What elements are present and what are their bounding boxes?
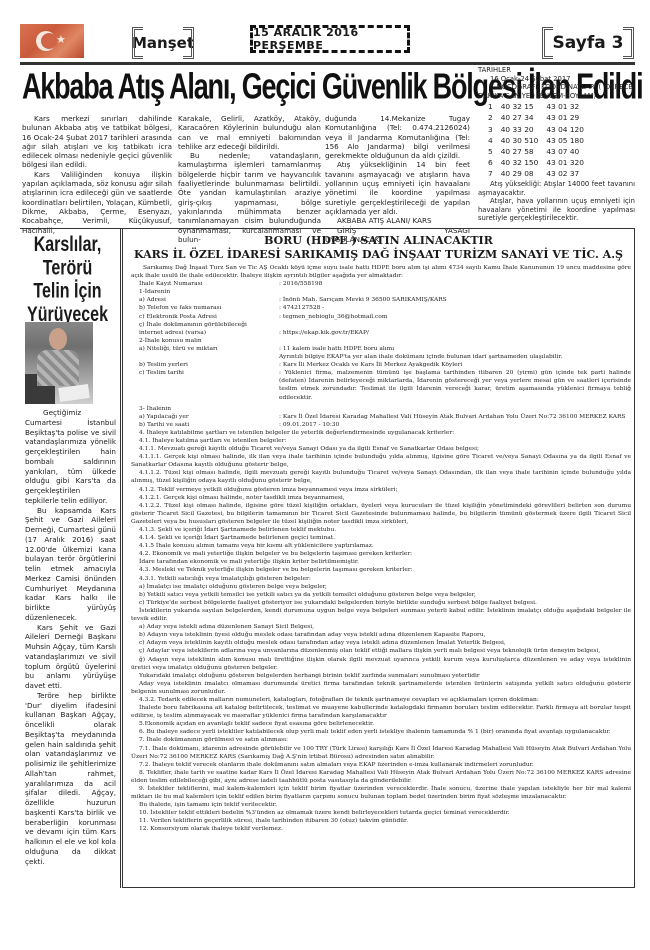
field-row: b) Tarihi ve saati: 09.01.2017 - 10:30 (131, 421, 631, 429)
field-row: 1-İdarenin (131, 288, 631, 296)
clause: b) Adayın veya isteklinin üyesi olduğu m… (131, 631, 631, 639)
field-value (279, 321, 631, 329)
table-row: 640 32 15043 01 320 (488, 158, 590, 167)
clause: İsteklilerin yukarıda sayılan belgelerde… (131, 607, 631, 623)
clause: 4.1.2.1. Gerçek kişi olması halinde, not… (131, 494, 631, 502)
cell: 43 05 180 (546, 136, 590, 145)
cell: 5 (488, 147, 499, 156)
field-row: c) Elektronik Posta Adresi: tegmen_nebio… (131, 313, 631, 321)
clause: 7.1. İhale dokümanı, idarenin adresinde … (131, 745, 631, 761)
field-row: 3- İhalenin (131, 405, 631, 413)
article-column-2: Karakale, Gelirli, Azatköy, Ataköy, Kara… (178, 114, 321, 244)
clause: 9. İstekliler tekliflerini, mal kalem-ka… (131, 785, 631, 801)
field-value: : 11 kalem isale hattı HDPE boru alımı (279, 345, 631, 353)
person-body (37, 350, 79, 386)
ad-subtitle: KARS İL ÖZEL İDARESİ SARIKAMIŞ DAĞ İNŞAA… (123, 248, 634, 261)
field-label: b) Telefon ve faks numarası (139, 304, 279, 312)
clause: 4.3. Mesleki ve Teknik yeterliğe ilişkin… (131, 566, 631, 574)
table-row: 440 30 51043 05 180 (488, 136, 590, 145)
cell: 40 33 20 (501, 125, 545, 134)
clause: 4.1.1. Mevzuatı gereği kayıtlı olduğu Ti… (131, 445, 631, 453)
coordinates-table: 140 32 1543 01 32 240 27 3443 01 29 340 … (486, 100, 592, 180)
issue-date: 15 ARALIK 2016 PERŞEMBE (250, 25, 410, 53)
clause: 8. Teklifler, ihale tarih ve saatine kad… (131, 769, 631, 785)
cell: 4 (488, 136, 499, 145)
clause: 4.1.1.2. Tüzel kişi olması halinde, ilgi… (131, 469, 631, 485)
field-value: : tegmen_nebioglu_36@hotmail.com (279, 313, 631, 321)
clause: 4. İhaleye katılabilme şartları ve isten… (131, 429, 631, 437)
paragraph: duğunda 14.Mekanize Tugay Komutanlığına … (325, 114, 470, 160)
clause: Bu ihalede, işin tamamı için teklif veri… (131, 801, 631, 809)
ad-intro: Sarıkamış Dağ İnşaat Turz San ve Tic AŞ … (131, 264, 631, 280)
field-value: : 2016/558198 (279, 280, 631, 288)
masthead-rule (20, 62, 635, 65)
clause: İhalede boru fabrikasına ait katalog bel… (131, 704, 631, 720)
table-row: 240 27 3443 01 29 (488, 113, 590, 122)
clause: Aday veya isteklinin imalatcı olmaması d… (131, 680, 631, 696)
clause: 4.3.1. Yetkili satıcılığı veya imalatçıl… (131, 575, 631, 583)
field-value: Ayrıntılı bilgiye EKAP'ta yer alan ihale… (279, 353, 631, 361)
clause: c) Türkiye'de serbest bölgelerde faaliye… (131, 599, 631, 607)
side-article-body: Geçtiğimiz Cumartesi İstanbul Beşiktaş't… (25, 408, 116, 866)
field-label: c) Elektronik Posta Adresi (139, 313, 279, 321)
cell: 43 02 37 (546, 169, 590, 178)
clause: b) Yetkili satıcı veya yetkili temsilci … (131, 591, 631, 599)
field-label: ç) İhale dokümanının görülebileceği (139, 321, 279, 329)
clause: ç) Adaylar veya isteklilerin adlarına ve… (131, 647, 631, 655)
clause: 6. Bu ihaleye sadece yerli istekliler ka… (131, 728, 631, 736)
field-row: Ayrıntılı bilgiye EKAP'ta yer alan ihale… (131, 353, 631, 361)
turkish-flag-image: ★ (20, 24, 84, 58)
field-label: b) Teslim yerleri (139, 361, 279, 369)
cell: 6 (488, 158, 499, 167)
field-label: 2-İhale konusu malın (139, 337, 279, 345)
cell: 43 07 40 (546, 147, 590, 156)
title-line: Karslılar, (20, 234, 115, 257)
clause: 12. Konsorsiyum olarak ihaleye teklif ve… (131, 825, 631, 833)
field-label: a) Yapılacağı yer (139, 413, 279, 421)
crescent-cut (41, 33, 57, 49)
clause: 4.1.1.1. Gerçek kişi olması halinde, ilk… (131, 453, 631, 469)
field-row: c) Teslim tarihi: Yüklenici firma, malze… (131, 369, 631, 401)
clause: Yukarıdaki imalatçı olduğunu gösteren be… (131, 672, 631, 680)
paper-shape (58, 384, 90, 402)
main-headline: Akbaba Atış Alanı, Geçici Güvenlik Bölge… (22, 66, 462, 108)
clause: 4.1.3. Şekli ve içeriği İdari Şartnamede… (131, 526, 631, 534)
paragraph: Karakale, Gelirli, Azatköy, Ataköy, Kara… (178, 114, 321, 151)
field-label: 3- İhalenin (139, 405, 279, 413)
field-label: 1-İdarenin (139, 288, 279, 296)
cell: 40 32 150 (501, 158, 545, 167)
clause: ğ) Adayın veya isteklinin alım konusu ma… (131, 656, 631, 672)
clause: 10. İstekliler teklif ettikleri bedelin … (131, 809, 631, 817)
field-row: a) Niteliği, türü ve miktarı: 11 kalem i… (131, 345, 631, 353)
clause: 5.Ekonomik açıdan en avantajlı teklif sa… (131, 720, 631, 728)
dates-value: 16 Ocak-24 Şubat 2017 (478, 75, 635, 84)
ad-body: Sarıkamış Dağ İnşaat Turz San ve Tic AŞ … (131, 264, 631, 834)
clause: İdare tarafından ekonomik ve mali yeterl… (131, 558, 631, 566)
clause: 4.2. Ekonomik ve mali yeterliğe ilişkin … (131, 550, 631, 558)
paragraph: Teröre hep birlikte 'Dur' diyelim ifades… (25, 691, 116, 867)
cell: 7 (488, 169, 499, 178)
dates-label: TARİHLER (478, 66, 635, 75)
field-value: : 4742127528 - (279, 304, 631, 312)
clause: 7. İhale dokümanının görülmesi ve satın … (131, 736, 631, 744)
star-icon: ★ (56, 34, 66, 45)
cell: 43 01 29 (546, 113, 590, 122)
side-article-title: Karslılar, Terörü Telin İçin Yürüyecek (20, 234, 115, 328)
field-row: a) Adresi: İnönü Mah. Sarıçam Mevki 9 36… (131, 296, 631, 304)
cell: 1 (488, 102, 499, 111)
table-row: 340 33 2043 04 120 (488, 125, 590, 134)
clause: 4.3.2. Tedarik edilecek malların numunel… (131, 696, 631, 704)
cell: 2 (488, 113, 499, 122)
field-value: : Yüklenici firma, malzemenin tümünü işe… (279, 369, 631, 401)
field-row: ç) İhale dokümanının görülebileceği (131, 321, 631, 329)
paragraph: AKBABA ATIŞ ALANI/ KARS (325, 216, 470, 225)
paragraph: Kars Şehit ve Gazi Aileleri Derneği Başk… (25, 623, 116, 691)
field-value (279, 337, 631, 345)
column-divider (120, 228, 121, 888)
field-value: : 09.01.2017 - 10:30 (279, 421, 631, 429)
table-row: 540 27 5843 07 40 (488, 147, 590, 156)
tender-advertisement: BORU (HDPE ) SATIN ALINACAKTIR KARS İL Ö… (122, 228, 635, 888)
paragraph: Kars Valiliğinden konuya ilişkin yapılan… (22, 170, 172, 235)
field-row: İhale Kayıt Numarası: 2016/558198 (131, 280, 631, 288)
cell: 43 01 320 (546, 158, 590, 167)
page-number: Sayfa 3 (542, 27, 634, 59)
field-label: c) Teslim tarihi (139, 369, 279, 401)
paragraph: Geçtiğimiz Cumartesi İstanbul Beşiktaş't… (25, 408, 116, 506)
clause: 4.1.5 İhale konusu alımın tamamı veya bi… (131, 542, 631, 550)
clause: 4.1.2. Teklif vermeye yetkili olduğunu g… (131, 486, 631, 494)
cell: 43 01 32 (546, 102, 590, 111)
table-row: 140 32 1543 01 32 (488, 102, 590, 111)
cell: 40 29 08 (501, 169, 545, 178)
field-value: : https://ekap.kik.gov.tr/EKAP/ (279, 329, 631, 337)
paragraph: Atışlar, hava yollarının uçuş emniyeti i… (478, 197, 635, 223)
field-row: 2-İhale konusu malın (131, 337, 631, 345)
article-column-1: Kars merkezi sınırları dahilinde bulunan… (22, 114, 172, 235)
clause: a) Aday veya istekli adına düzenlenen Sa… (131, 623, 631, 631)
field-row: b) Teslim yerleri: Kars İli Merkez Ocakl… (131, 361, 631, 369)
paragraph: Kars merkezi sınırları dahilinde bulunan… (22, 114, 172, 170)
clause: 4.1.2.2. Tüzel kişi olması halinde, ilgi… (131, 502, 631, 526)
cell: 40 27 58 (501, 147, 545, 156)
field-label: b) Tarihi ve saati (139, 421, 279, 429)
paragraph: Atış yüksekliği: Atışlar 14000 feet tava… (478, 180, 635, 197)
field-label: a) Niteliği, türü ve miktarı (139, 345, 279, 353)
field-row: b) Telefon ve faks numarası: 4742127528 … (131, 304, 631, 312)
clause: 4.1. İhaleye katılma şartları ve istenil… (131, 437, 631, 445)
clause: 7.2. İhaleye teklif verecek olanların ih… (131, 761, 631, 769)
field-value (279, 288, 631, 296)
clause: 11. Verilen tekliflerin geçerlilik süres… (131, 817, 631, 825)
person-head (49, 328, 67, 350)
field-label: internet adresi (varsa) (139, 329, 279, 337)
title-line: Telin İçin (20, 281, 115, 304)
ad-title: BORU (HDPE ) SATIN ALINACAKTIR (123, 234, 634, 247)
paragraph: Bu kapsamda Kars Şehit ve Gazi Aileleri … (25, 506, 116, 623)
field-label (139, 353, 279, 361)
article-column-3: duğunda 14.Mekanize Tugay Komutanlığına … (325, 114, 470, 244)
masthead: ★ Manşet 15 ARALIK 2016 PERŞEMBE Sayfa 3 (20, 22, 635, 62)
coords-label: S.NOCOĞRAFİ KOORDİNATLAR ( DERECE-DAKİKA… (478, 83, 635, 100)
field-value: : Kars İl Özel İdaresi Karadag Mahallesi… (279, 413, 631, 421)
section-label: Manşet (132, 27, 194, 59)
cell: 3 (488, 125, 499, 134)
title-line: Terörü (20, 257, 115, 280)
clause: a) İmalatçı ise imalatçı olduğunu göster… (131, 583, 631, 591)
portrait-photo (25, 322, 93, 404)
field-row: internet adresi (varsa): https://ekap.ki… (131, 329, 631, 337)
clause: c) Adayın veya isteklinin kayıtlı olduğu… (131, 639, 631, 647)
paragraph: Atış yüksekliğinin 14 bin feet tavanını … (325, 160, 470, 216)
cell: 40 32 15 (501, 102, 545, 111)
cell: 43 04 120 (546, 125, 590, 134)
article-column-4: TARİHLER 16 Ocak-24 Şubat 2017 S.NOCOĞRA… (478, 66, 635, 223)
cell: 40 30 510 (501, 136, 545, 145)
field-label: a) Adresi (139, 296, 279, 304)
field-label: İhale Kayıt Numarası (139, 280, 279, 288)
field-value (279, 405, 631, 413)
table-row: 740 29 0843 02 37 (488, 169, 590, 178)
field-value: : İnönü Mah. Sarıçam Mevki 9 36500 SARIK… (279, 296, 631, 304)
cell: 40 27 34 (501, 113, 545, 122)
clause: 4.1.4. Şekli ve içeriği İdari Şartnamede… (131, 534, 631, 542)
field-row: a) Yapılacağı yer: Kars İl Özel İdaresi … (131, 413, 631, 421)
field-value: : Kars İli Merkez Ocaklı ve Kars İli Mer… (279, 361, 631, 369)
